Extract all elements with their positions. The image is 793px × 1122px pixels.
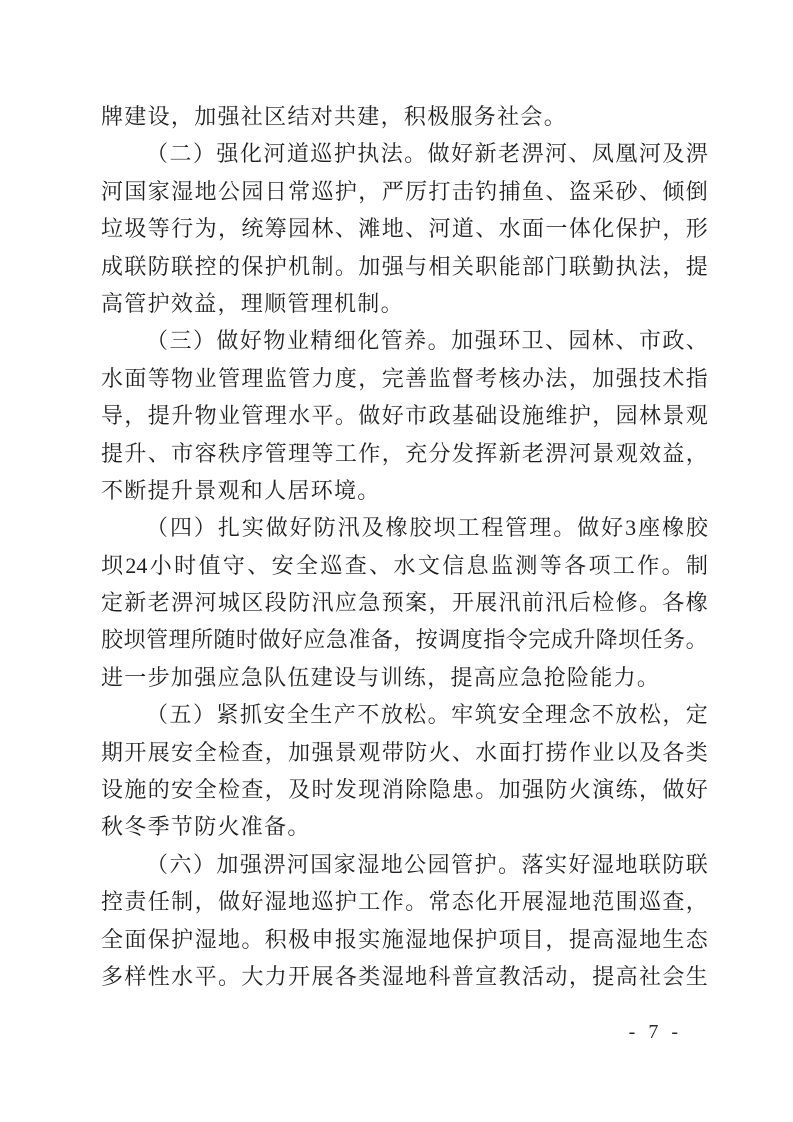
- text-line: 导，提升物业管理水平。做好市政基础设施维护，园林景观: [101, 397, 708, 434]
- text-line: 进一步加强应急队伍建设与训练，提高应急抢险能力。: [101, 659, 708, 696]
- text-line: （二）强化河道巡护执法。做好新老淠河、凤凰河及淠: [101, 135, 708, 172]
- text-line: 多样性水平。大力开展各类湿地科普宣教活动，提高社会生: [101, 958, 708, 995]
- text-line: 期开展安全检查，加强景观带防火、水面打捞作业以及各类: [101, 734, 708, 771]
- text-line: 垃圾等行为，统筹园林、滩地、河道、水面一体化保护，形: [101, 210, 708, 247]
- paragraph-item-2: （二）强化河道巡护执法。做好新老淠河、凤凰河及淠河国家湿地公园日常巡护，严厉打击…: [101, 135, 708, 322]
- page-footer: - 7 -: [629, 1018, 682, 1046]
- text-line: 设施的安全检查，及时发现消除隐患。加强防火演练，做好: [101, 771, 708, 808]
- text-line: 成联防联控的保护机制。加强与相关职能部门联勤执法，提: [101, 248, 708, 285]
- paragraph-item-5: （五）紧抓安全生产不放松。牢筑安全理念不放松，定期开展安全检查，加强景观带防火、…: [101, 696, 708, 846]
- paragraph-continuation: 牌建设，加强社区结对共建，积极服务社会。: [101, 98, 708, 135]
- text-line: 秋冬季节防火准备。: [101, 808, 708, 845]
- text-line: 高管护效益，理顺管理机制。: [101, 285, 708, 322]
- document-page: 牌建设，加强社区结对共建，积极服务社会。（二）强化河道巡护执法。做好新老淠河、凤…: [0, 0, 793, 1122]
- paragraph-item-3: （三）做好物业精细化管养。加强环卫、园林、市政、水面等物业管理监管力度，完善监督…: [101, 322, 708, 509]
- document-body: 牌建设，加强社区结对共建，积极服务社会。（二）强化河道巡护执法。做好新老淠河、凤…: [101, 98, 708, 995]
- paragraph-item-4: （四）扎实做好防汛及橡胶坝工程管理。做好3座橡胶坝24小时值守、安全巡查、水文信…: [101, 509, 708, 696]
- text-line: 控责任制，做好湿地巡护工作。常态化开展湿地范围巡查，: [101, 883, 708, 920]
- text-line: 坝24小时值守、安全巡查、水文信息监测等各项工作。制: [101, 547, 708, 584]
- text-line: （五）紧抓安全生产不放松。牢筑安全理念不放松，定: [101, 696, 708, 733]
- text-line: 水面等物业管理监管力度，完善监督考核办法，加强技术指: [101, 360, 708, 397]
- text-line: （三）做好物业精细化管养。加强环卫、园林、市政、: [101, 322, 708, 359]
- page-number: - 7 -: [629, 1021, 682, 1043]
- text-line: 不断提升景观和人居环境。: [101, 472, 708, 509]
- text-line: （六）加强淠河国家湿地公园管护。落实好湿地联防联: [101, 846, 708, 883]
- text-line: 牌建设，加强社区结对共建，积极服务社会。: [101, 98, 708, 135]
- text-line: 提升、市容秩序管理等工作，充分发挥新老淠河景观效益，: [101, 435, 708, 472]
- text-line: 全面保护湿地。积极申报实施湿地保护项目，提高湿地生态: [101, 921, 708, 958]
- paragraph-item-6: （六）加强淠河国家湿地公园管护。落实好湿地联防联控责任制，做好湿地巡护工作。常态…: [101, 846, 708, 996]
- text-line: 胶坝管理所随时做好应急准备，按调度指令完成升降坝任务。: [101, 621, 708, 658]
- text-line: 河国家湿地公园日常巡护，严厉打击钓捕鱼、盗采砂、倾倒: [101, 173, 708, 210]
- text-line: （四）扎实做好防汛及橡胶坝工程管理。做好3座橡胶: [101, 509, 708, 546]
- text-line: 定新老淠河城区段防汛应急预案，开展汛前汛后检修。各橡: [101, 584, 708, 621]
